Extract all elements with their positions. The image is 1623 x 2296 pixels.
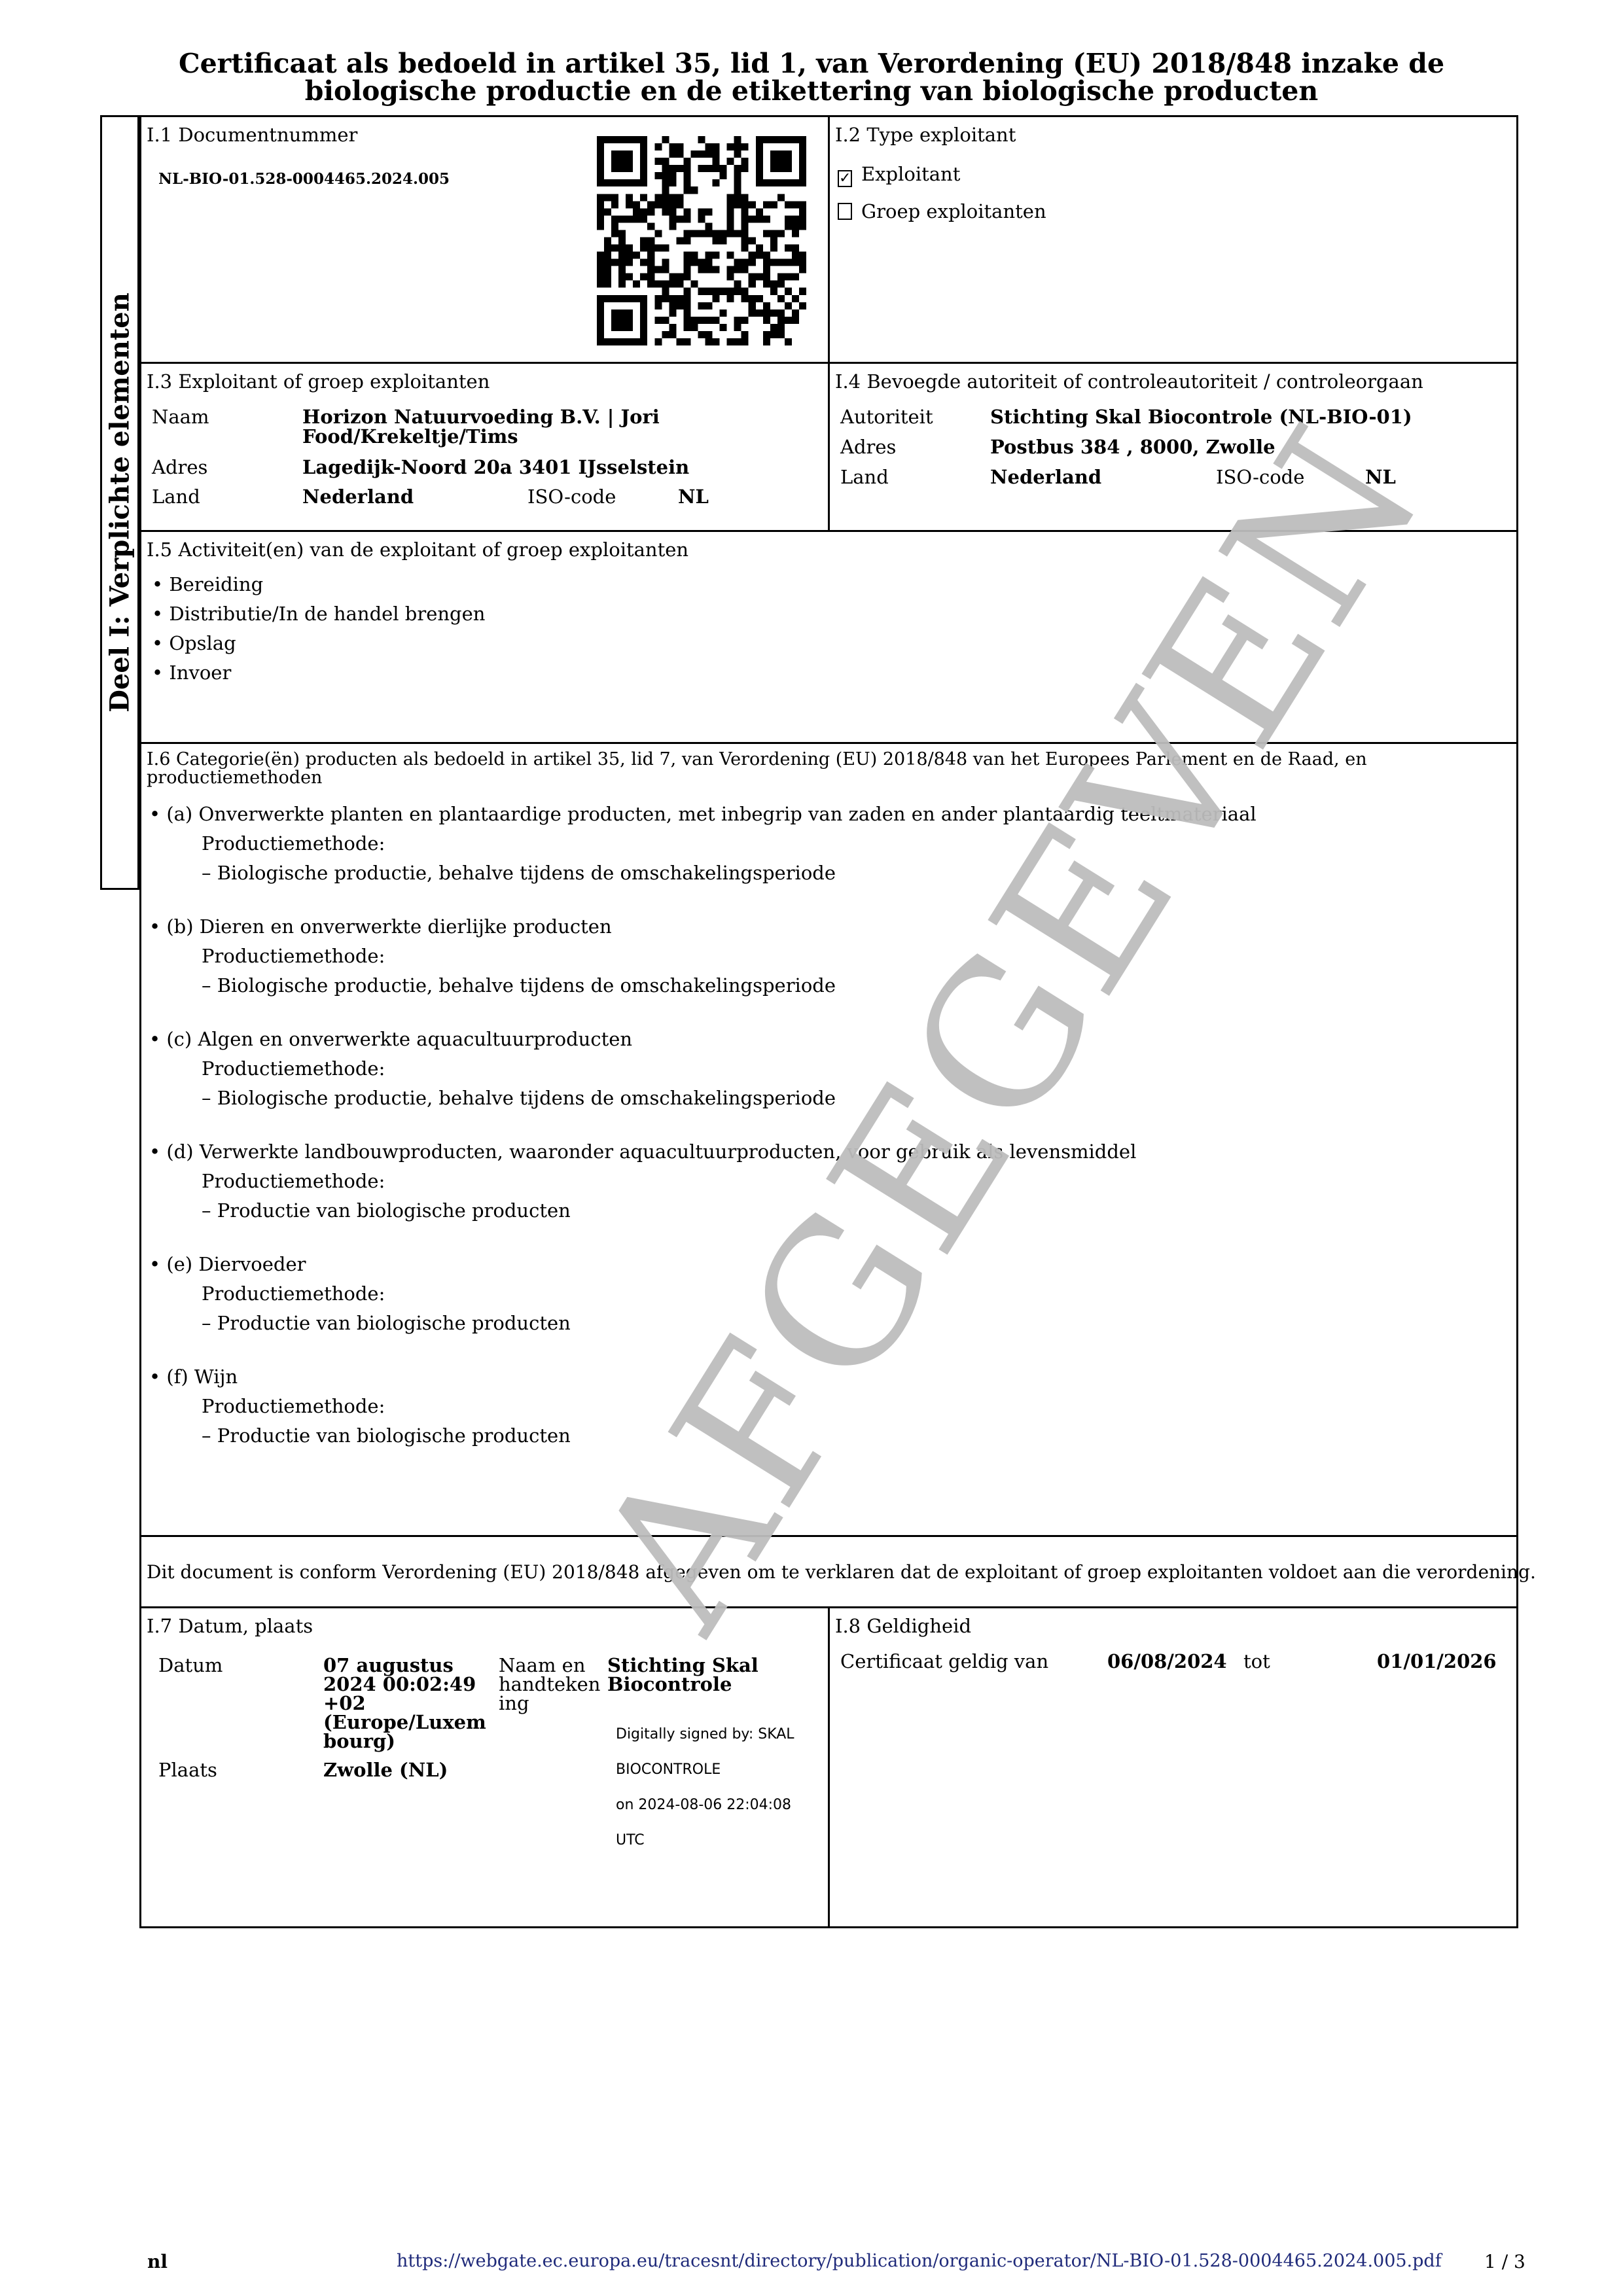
section-i3-operator: I.3 Exploitant of groep exploitanten Naa…: [139, 362, 830, 532]
datum-label: Datum: [158, 1654, 223, 1676]
checkbox-groep-label: Groep exploitanten: [861, 200, 1046, 222]
adres-label: Adres: [152, 456, 207, 478]
valid-from-date: 06/08/2024: [1107, 1650, 1227, 1672]
digital-signature-line: BIOCONTROLE: [616, 1761, 721, 1778]
operator-address: Lagedijk-Noord 20a 3401 IJsselstein: [302, 456, 689, 478]
section-i8-validity: I.8 Geldigheid Certificaat geldig van 06…: [828, 1606, 1518, 1928]
operator-name-line1: Horizon Natuurvoeding B.V. | Jori: [302, 406, 660, 428]
production-method: – Productie van biologische producten: [202, 1424, 571, 1447]
footer-url-link[interactable]: https://webgate.ec.europa.eu/tracesnt/di…: [397, 2251, 1442, 2271]
activity-item: • Opslag: [152, 632, 236, 654]
category-title: • (e) Diervoeder: [149, 1253, 306, 1275]
checkbox-unchecked-icon[interactable]: [838, 203, 852, 220]
checkbox-exploitant-label: Exploitant: [861, 163, 960, 185]
autoriteit-label: Autoriteit: [840, 406, 933, 428]
activity-item: • Distributie/In de handel brengen: [152, 603, 485, 625]
checkbox-checked-icon[interactable]: ✓: [838, 170, 852, 187]
authority-country: Nederland: [990, 466, 1101, 488]
production-method: – Productie van biologische producten: [202, 1199, 571, 1222]
qr-code-icon: [597, 136, 806, 345]
section-i2-operator-type: I.2 Type exploitant ✓Exploitant Groep ex…: [828, 115, 1518, 364]
production-method-label: Productiemethode:: [202, 945, 385, 967]
digital-signature-line: on 2024-08-06 22:04:08: [616, 1797, 791, 1813]
digital-signature-line: UTC: [616, 1832, 645, 1848]
digital-signature-line: Digitally signed by: SKAL: [616, 1726, 794, 1742]
footer-language: nl: [147, 2251, 168, 2272]
plaats-label: Plaats: [158, 1759, 217, 1781]
signer-name: Biocontrole: [607, 1673, 732, 1695]
conformity-statement-box: Dit document is conform Verordening (EU)…: [139, 1535, 1518, 1608]
naam-label: Naam: [152, 406, 209, 428]
i6-label-line1: I.6 Categorie(ën) producten als bedoeld …: [147, 751, 1367, 769]
checkbox-groep-exploitanten[interactable]: Groep exploitanten: [838, 200, 1046, 222]
production-method: – Biologische productie, behalve tijdens…: [202, 974, 836, 997]
authority-address: Postbus 384 , 8000, Zwolle: [990, 436, 1275, 458]
sidebar-label: Deel I: Verplichte elementen: [105, 292, 135, 713]
section-i6-categories: I.6 Categorie(ën) producten als bedoeld …: [139, 742, 1518, 1537]
authority-land-label: Land: [840, 466, 889, 488]
i4-label: I.4 Bevoegde autoriteit of controleautor…: [835, 370, 1423, 393]
footer-page-number: 1 / 3: [1484, 2251, 1525, 2272]
production-method-label: Productiemethode:: [202, 1395, 385, 1417]
production-method-label: Productiemethode:: [202, 832, 385, 855]
authority-adres-label: Adres: [840, 436, 896, 458]
activity-item: • Invoer: [152, 662, 231, 684]
valid-to-date: 01/01/2026: [1377, 1650, 1497, 1672]
issue-place: Zwolle (NL): [323, 1759, 448, 1781]
category-title: • (f) Wijn: [149, 1366, 238, 1388]
production-method: – Biologische productie, behalve tijdens…: [202, 862, 836, 884]
section-i5-activities: I.5 Activiteit(en) van de exploitant of …: [139, 530, 1518, 744]
document-title: Certificaat als bedoeld in artikel 35, l…: [105, 50, 1518, 105]
production-method-label: Productiemethode:: [202, 1170, 385, 1192]
issue-date-line: bourg): [323, 1730, 395, 1752]
operator-iso: NL: [678, 486, 709, 508]
i3-label: I.3 Exploitant of groep exploitanten: [147, 370, 490, 393]
section-i4-authority: I.4 Bevoegde autoriteit of controleautor…: [828, 362, 1518, 532]
authority-iso: NL: [1365, 466, 1396, 488]
checkbox-exploitant[interactable]: ✓Exploitant: [838, 163, 960, 187]
i1-label: I.1 Documentnummer: [147, 124, 357, 146]
iso-label: ISO-code: [527, 486, 616, 508]
authority-name: Stichting Skal Biocontrole (NL-BIO-01): [990, 406, 1412, 428]
production-method: – Productie van biologische producten: [202, 1312, 571, 1334]
operator-country: Nederland: [302, 486, 414, 508]
valid-from-label: Certificaat geldig van: [840, 1650, 1048, 1672]
conformity-statement: Dit document is conform Verordening (EU)…: [147, 1561, 1536, 1583]
category-title: • (c) Algen en onverwerkte aquacultuurpr…: [149, 1028, 632, 1050]
i2-label: I.2 Type exploitant: [835, 124, 1016, 146]
i6-label-line2: productiemethoden: [147, 769, 322, 787]
operator-name-line2: Food/Krekeltje/Tims: [302, 425, 518, 448]
authority-iso-label: ISO-code: [1216, 466, 1304, 488]
document-number: NL-BIO-01.528-0004465.2024.005: [158, 168, 450, 190]
section-i7-date-place: I.7 Datum, plaats Datum 07 augustus 2024…: [139, 1606, 830, 1928]
land-label: Land: [152, 486, 200, 508]
part-sidebar: Deel I: Verplichte elementen: [100, 115, 139, 890]
production-method: – Biologische productie, behalve tijdens…: [202, 1087, 836, 1109]
activity-item: • Bereiding: [152, 573, 263, 595]
naam-handtekening-label: ing: [499, 1692, 529, 1714]
production-method-label: Productiemethode:: [202, 1057, 385, 1080]
category-title: • (a) Onverwerkte planten en plantaardig…: [149, 803, 1257, 825]
category-title: • (b) Dieren en onverwerkte dierlijke pr…: [149, 915, 612, 938]
category-title: • (d) Verwerkte landbouwproducten, waaro…: [149, 1140, 1136, 1163]
valid-to-label: tot: [1243, 1650, 1270, 1672]
i8-label: I.8 Geldigheid: [835, 1615, 971, 1637]
i5-label: I.5 Activiteit(en) van de exploitant of …: [147, 539, 688, 561]
i7-label: I.7 Datum, plaats: [147, 1615, 313, 1637]
production-method-label: Productiemethode:: [202, 1282, 385, 1305]
